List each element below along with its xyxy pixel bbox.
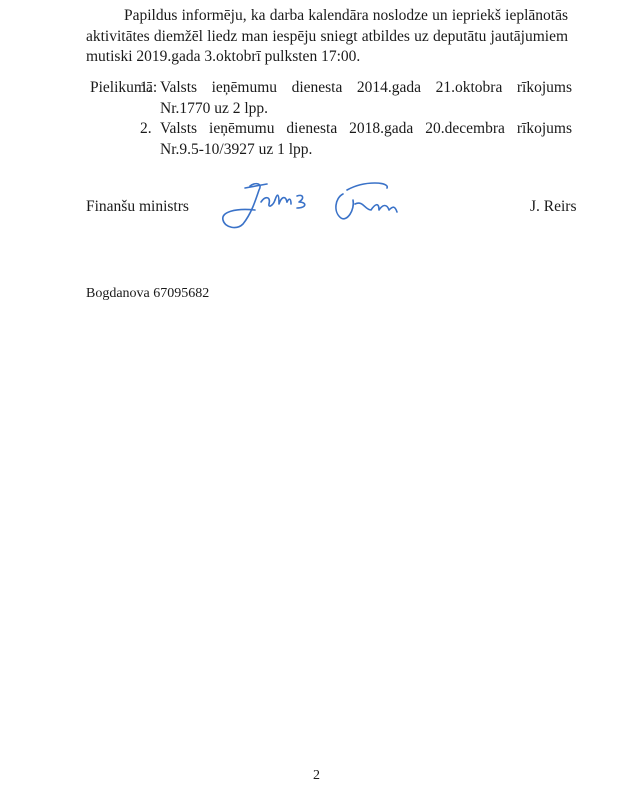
attachment-line1: Valsts ieņēmumu dienesta 2018.gada 20.de… bbox=[160, 119, 572, 140]
attachment-line2: Nr.9.5-10/3927 uz 1 lpp. bbox=[160, 141, 312, 158]
body-paragraph: Papildus informēju, ka darba kalendāra n… bbox=[86, 6, 568, 68]
page-number: 2 bbox=[313, 768, 320, 784]
signatory-role: Finanšu ministrs bbox=[86, 198, 189, 216]
attachment-item: 2. Valsts ieņēmumu dienesta 2018.gada 20… bbox=[160, 119, 572, 160]
paragraph-text: Papildus informēju, ka darba kalendāra n… bbox=[86, 7, 568, 65]
signatory-name: J. Reirs bbox=[530, 198, 577, 216]
handwritten-signature bbox=[215, 180, 425, 230]
attachment-number: 1. bbox=[140, 78, 152, 99]
attachment-item: 1. Valsts ieņēmumu dienesta 2014.gada 21… bbox=[160, 78, 572, 119]
attachment-line1: Valsts ieņēmumu dienesta 2014.gada 21.ok… bbox=[160, 78, 572, 99]
attachment-number: 2. bbox=[140, 119, 152, 140]
attachment-line2: Nr.1770 uz 2 lpp. bbox=[160, 100, 268, 117]
contact-info: Bogdanova 67095682 bbox=[86, 286, 209, 302]
